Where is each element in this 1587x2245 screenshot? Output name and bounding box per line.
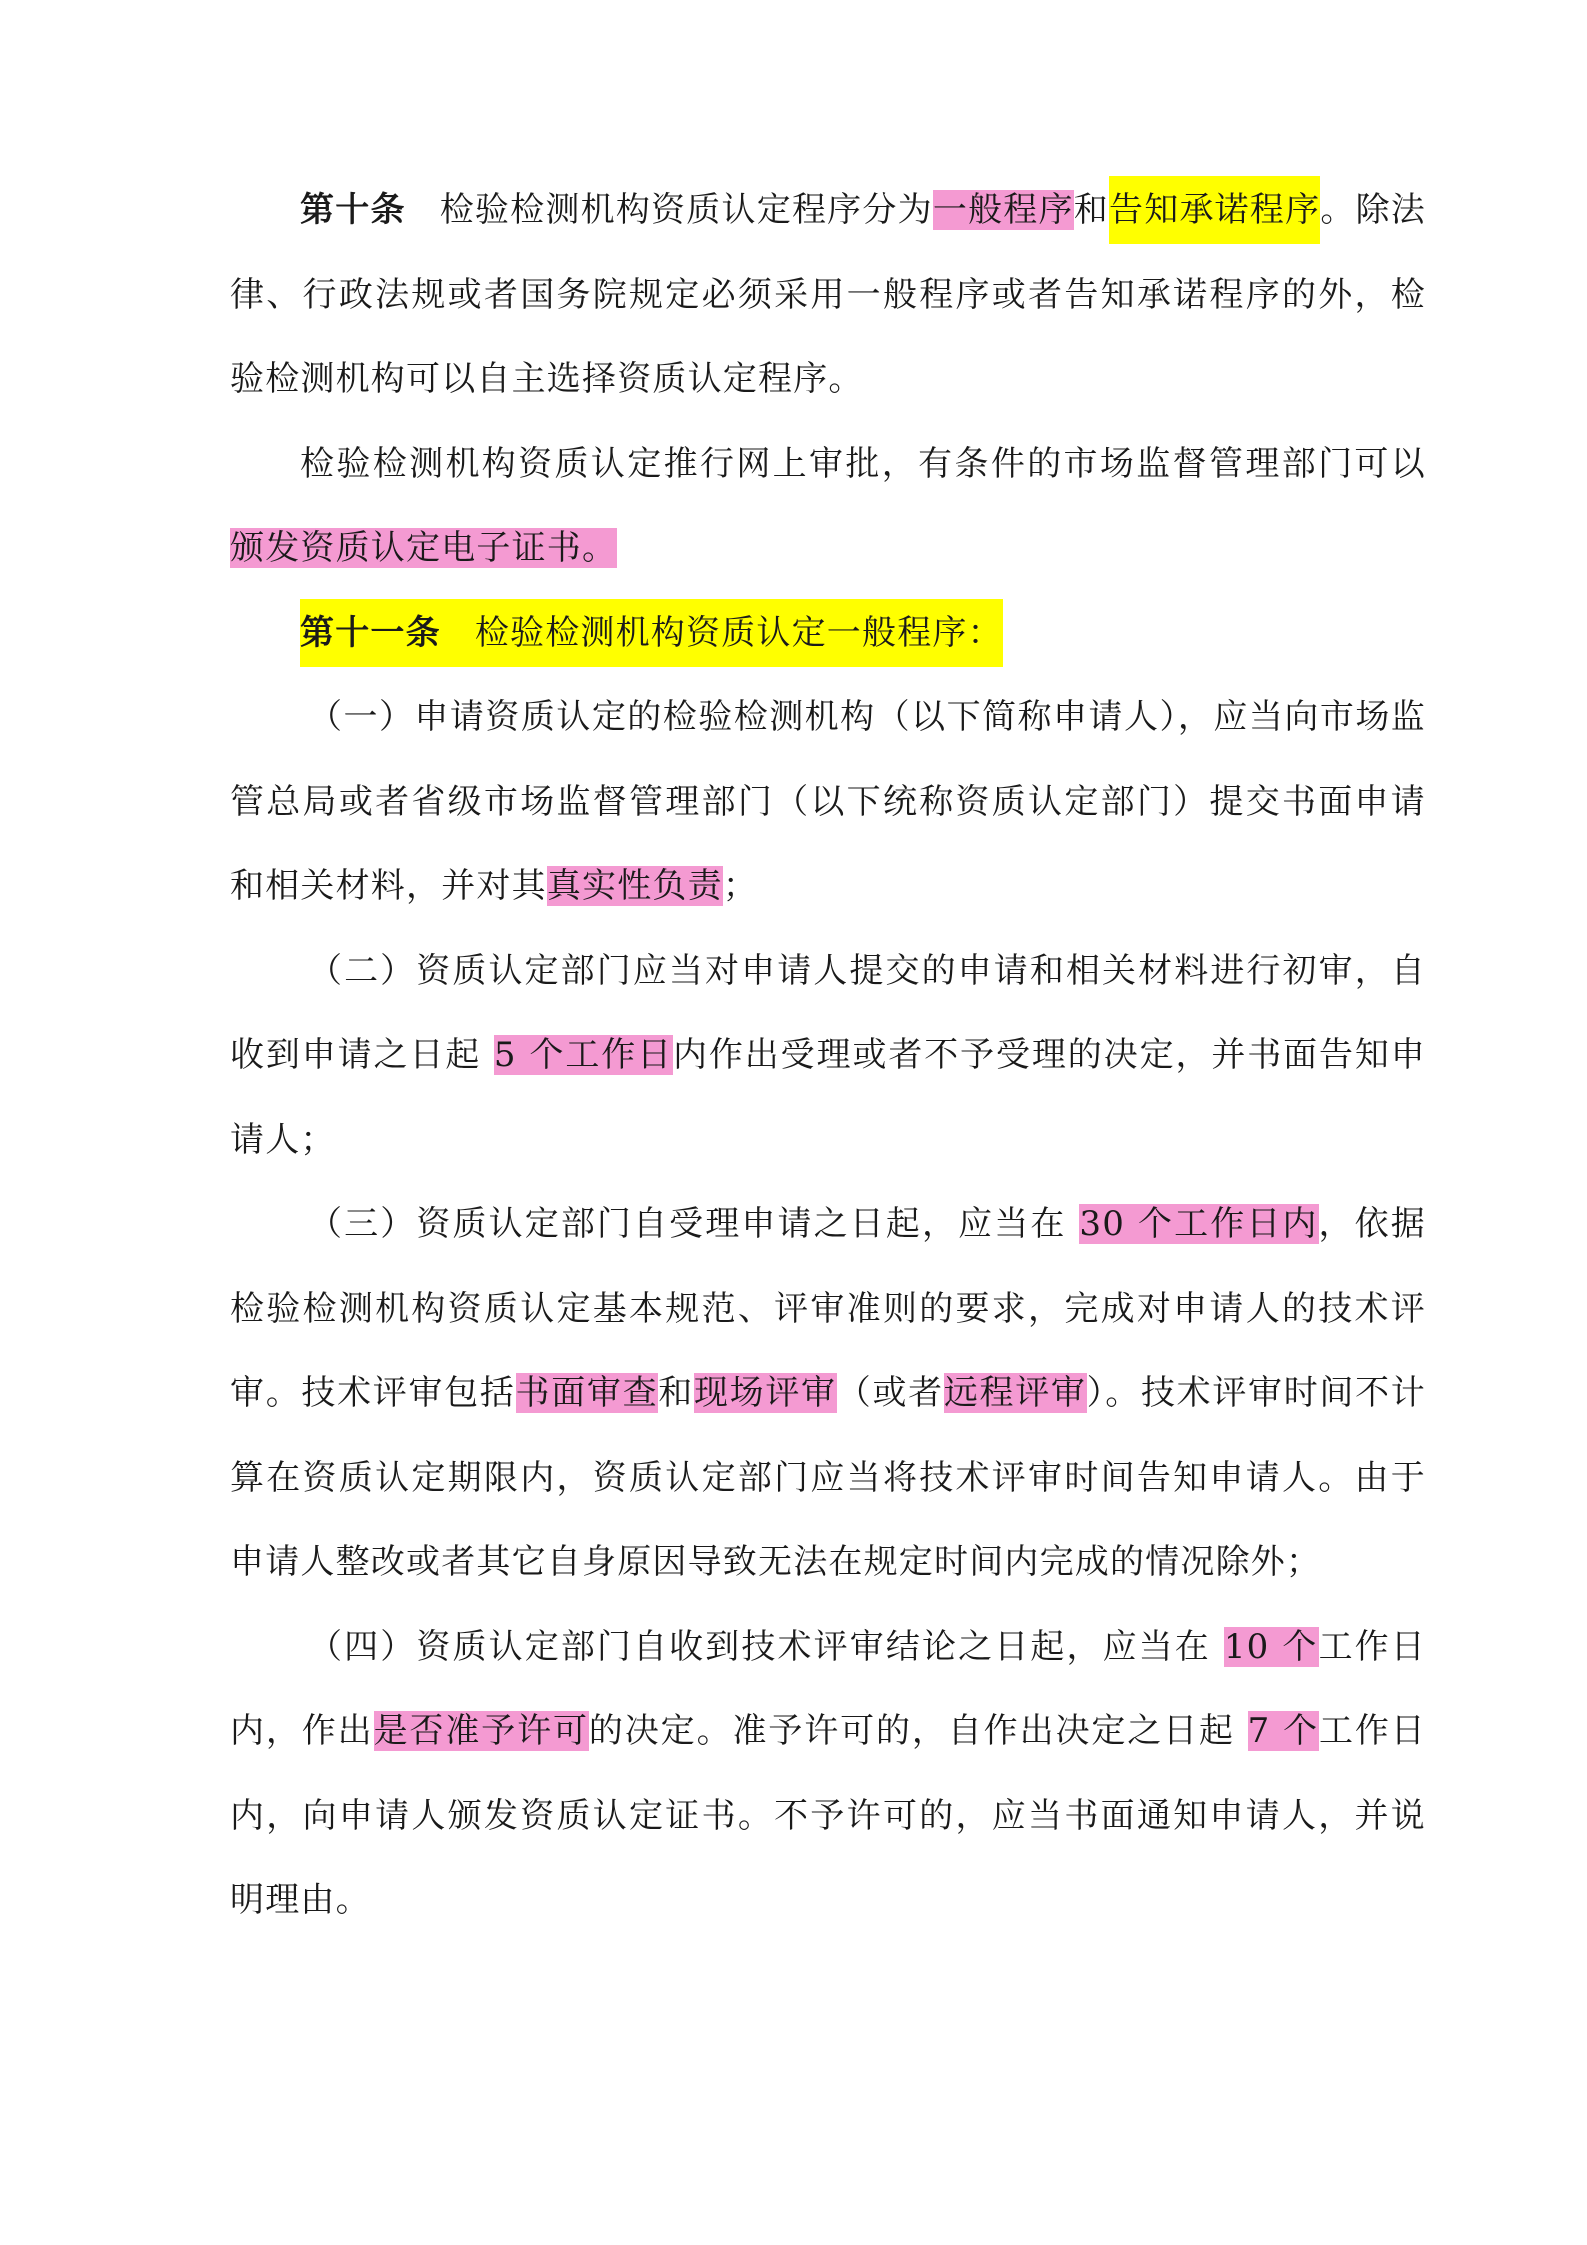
- text-run: 和: [658, 1373, 694, 1413]
- article-11-item-3: （三）资质认定部门自受理申请之日起，应当在 30 个工作日内，依据检验检测机构资…: [230, 1182, 1426, 1605]
- highlight-5-workdays: 5 个工作日: [494, 1035, 673, 1075]
- highlight-onsite-review: 现场评审: [694, 1373, 837, 1413]
- highlight-notification-commitment-procedure: 告知承诺程序: [1109, 176, 1320, 244]
- highlight-10: 10 个: [1224, 1627, 1319, 1667]
- text-run: 检验检测机构资质认定推行网上审批，有条件的市场监督管理部门可以: [300, 444, 1426, 484]
- article-11-item-1: （一）申请资质认定的检验检测机构（以下简称申请人），应当向市场监管总局或者省级市…: [230, 675, 1426, 929]
- text-run: （或者: [837, 1373, 944, 1413]
- text-run: （四）资质认定部门自收到技术评审结论之日起，应当在: [308, 1627, 1224, 1667]
- article-10-paragraph-1: 第十条检验检测机构资质认定程序分为一般程序和告知承诺程序。除法律、行政法规或者国…: [230, 168, 1426, 422]
- article-11-heading-highlight: 第十一条检验检测机构资质认定一般程序：: [300, 599, 1003, 667]
- highlight-approval-decision: 是否准予许可: [374, 1711, 589, 1751]
- text-run: 的决定。准予许可的，自作出决定之日起: [589, 1711, 1248, 1751]
- highlight-authenticity: 真实性负责: [547, 866, 723, 906]
- article-11-item-2: （二）资质认定部门应当对申请人提交的申请和相关材料进行初审，自收到申请之日起 5…: [230, 929, 1426, 1183]
- highlight-electronic-certificate: 颁发资质认定电子证书。: [230, 528, 617, 568]
- article-11-item-4: （四）资质认定部门自收到技术评审结论之日起，应当在 10 个工作日内，作出是否准…: [230, 1605, 1426, 1943]
- highlight-remote-review: 远程评审: [944, 1373, 1087, 1413]
- highlight-document-review: 书面审查: [516, 1373, 659, 1413]
- highlight-30-workdays: 30 个工作日内: [1079, 1204, 1318, 1244]
- article-11-title: 检验检测机构资质认定一般程序：: [475, 613, 1003, 653]
- highlight-general-procedure: 一般程序: [933, 190, 1074, 230]
- text-run: 检验检测机构资质认定程序分为: [440, 190, 933, 230]
- document-page: 第十条检验检测机构资质认定程序分为一般程序和告知承诺程序。除法律、行政法规或者国…: [230, 168, 1426, 1943]
- text-run: 和: [1074, 190, 1109, 230]
- text-run: ；: [723, 866, 758, 906]
- article-11-heading-paragraph: 第十一条检验检测机构资质认定一般程序：: [230, 591, 1426, 676]
- highlight-7: 7 个: [1248, 1711, 1319, 1751]
- article-11-heading: 第十一条: [300, 613, 441, 653]
- article-10-heading: 第十条: [300, 190, 406, 230]
- text-run: （三）资质认定部门自受理申请之日起，应当在: [308, 1204, 1079, 1244]
- text-run: （一）申请资质认定的检验检测机构（以下简称申请人），应当向市场监管总局或者省级市…: [230, 697, 1426, 906]
- article-10-paragraph-2: 检验检测机构资质认定推行网上审批，有条件的市场监督管理部门可以颁发资质认定电子证…: [230, 422, 1426, 591]
